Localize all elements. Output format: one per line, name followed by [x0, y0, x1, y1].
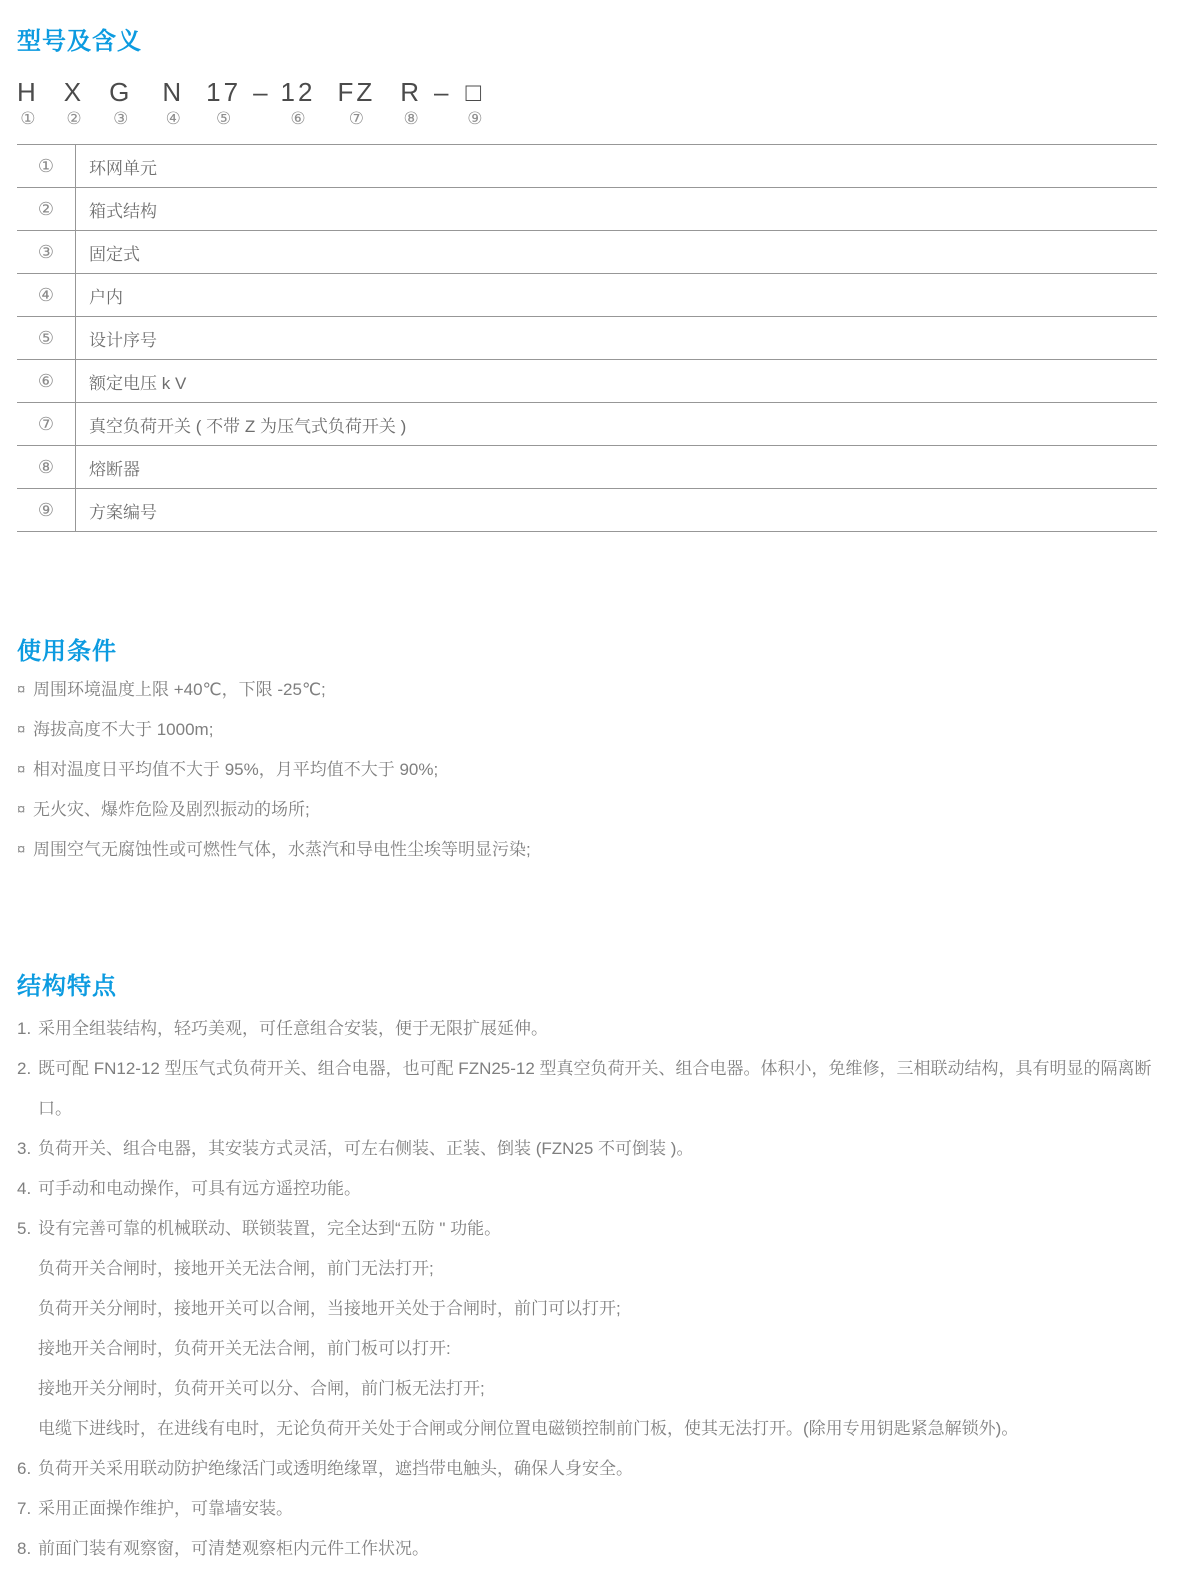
section-model-meaning: 型号及含义 H ① X ② G ③ N ④ 17 ⑤ –	[17, 28, 1157, 532]
table-row: ① 环网单元	[17, 145, 1157, 188]
model-part: H ①	[17, 78, 39, 130]
model-index: ⑧	[403, 108, 418, 130]
list-item: 1. 采用全组装结构，轻巧美观，可任意组合安装，便于无限扩展延伸。	[17, 1009, 1157, 1049]
model-index: ④	[166, 108, 181, 130]
bullet-marker: ¤	[17, 710, 33, 750]
model-part-dash: –	[434, 78, 451, 130]
row-number: ④	[17, 274, 76, 316]
model-part: G ③	[109, 78, 132, 130]
row-number: ⑦	[17, 403, 76, 445]
section-title-conditions: 使用条件	[17, 638, 1157, 666]
item-number: 3.	[17, 1129, 38, 1169]
list-item: 5. 设有完善可靠的机械联动、联锁装置，完全达到“五防 " 功能。	[17, 1209, 1157, 1249]
sub-item-text: 接地开关分闸时，负荷开关可以分、合闸，前门板无法打开;	[38, 1369, 1157, 1409]
model-index: ⑦	[349, 108, 364, 130]
model-part: 17 ⑤	[206, 78, 241, 130]
model-symbol: R	[400, 78, 422, 106]
section-title-features: 结构特点	[17, 973, 1157, 1001]
list-item: 2. 既可配 FN12-12 型压气式负荷开关、组合电器，也可配 FZN25-1…	[17, 1049, 1157, 1129]
list-item: 8. 前面门装有观察窗，可清楚观察柜内元件工作状况。	[17, 1529, 1157, 1569]
item-number: 4.	[17, 1169, 38, 1209]
model-part: N ④	[162, 78, 184, 130]
model-designation: H ① X ② G ③ N ④ 17 ⑤ –	[17, 78, 1157, 130]
list-item: ¤ 周围环境温度上限 +40℃，下限 -25℃;	[17, 670, 1157, 710]
sub-item-text: 电缆下进线时，在进线有电时，无论负荷开关处于合闸或分闸位置电磁锁控制前门板，使其…	[38, 1409, 1157, 1449]
model-symbol: 17	[206, 78, 241, 106]
list-item: 7. 采用正面操作维护，可靠墙安装。	[17, 1489, 1157, 1529]
condition-text: 海拔高度不大于 1000m;	[33, 710, 213, 750]
item-number: 7.	[17, 1489, 38, 1529]
model-meaning-table: ① 环网单元 ② 箱式结构 ③ 固定式 ④ 户内 ⑤ 设计序号 ⑥ 额定电压 k…	[17, 144, 1157, 532]
model-part-dash: –	[253, 78, 270, 130]
item-text: 可手动和电动操作，可具有远方遥控功能。	[38, 1169, 1157, 1209]
features-list: 1. 采用全组装结构，轻巧美观，可任意组合安装，便于无限扩展延伸。 2. 既可配…	[17, 1009, 1157, 1569]
condition-text: 无火灾、爆炸危险及剧烈振动的场所;	[33, 790, 310, 830]
condition-text: 周围环境温度上限 +40℃，下限 -25℃;	[33, 670, 326, 710]
row-description: 额定电压 k V	[76, 360, 186, 402]
list-item: ¤ 无火灾、爆炸危险及剧烈振动的场所;	[17, 790, 1157, 830]
model-index: ③	[113, 108, 128, 130]
section-title-model: 型号及含义	[17, 28, 1157, 56]
row-number: ⑧	[17, 446, 76, 488]
model-symbol: N	[162, 78, 184, 106]
model-part-placeholder-box: □ ⑨	[465, 78, 484, 130]
item-text: 设有完善可靠的机械联动、联锁装置，完全达到“五防 " 功能。	[38, 1209, 1157, 1249]
item-text: 采用正面操作维护，可靠墙安装。	[38, 1489, 1157, 1529]
model-symbol: X	[64, 78, 84, 106]
condition-text: 相对温度日平均值不大于 95%，月平均值不大于 90%;	[33, 750, 438, 790]
row-description: 熔断器	[76, 446, 140, 488]
item-number: 2.	[17, 1049, 38, 1129]
model-index: ⑨	[467, 108, 482, 130]
model-symbol: H	[17, 78, 39, 106]
dash-symbol: –	[434, 78, 451, 106]
table-row: ⑤ 设计序号	[17, 317, 1157, 360]
item-text: 前面门装有观察窗，可清楚观察柜内元件工作状况。	[38, 1529, 1157, 1569]
placeholder-box-symbol: □	[465, 78, 484, 106]
item-text: 负荷开关采用联动防护绝缘活门或透明绝缘罩，遮挡带电触头，确保人身安全。	[38, 1449, 1157, 1489]
table-row: ⑧ 熔断器	[17, 446, 1157, 489]
table-row: ⑦ 真空负荷开关 ( 不带 Z 为压气式负荷开关 )	[17, 403, 1157, 446]
model-index: ⑥	[290, 108, 305, 130]
row-description: 设计序号	[76, 317, 157, 359]
row-number: ⑨	[17, 489, 76, 531]
item-text: 采用全组装结构，轻巧美观，可任意组合安装，便于无限扩展延伸。	[38, 1009, 1157, 1049]
catalog-page: 型号及含义 H ① X ② G ③ N ④ 17 ⑤ –	[0, 0, 1191, 1574]
item-text: 负荷开关、组合电器，其安装方式灵活，可左右侧装、正装、倒装 (FZN25 不可倒…	[38, 1129, 1157, 1169]
model-index: ①	[20, 108, 35, 130]
list-item: ¤ 相对温度日平均值不大于 95%，月平均值不大于 90%;	[17, 750, 1157, 790]
row-description: 真空负荷开关 ( 不带 Z 为压气式负荷开关 )	[76, 403, 406, 445]
list-item: 6. 负荷开关采用联动防护绝缘活门或透明绝缘罩，遮挡带电触头，确保人身安全。	[17, 1449, 1157, 1489]
list-item: ¤ 海拔高度不大于 1000m;	[17, 710, 1157, 750]
row-number: ①	[17, 145, 76, 187]
condition-text: 周围空气无腐蚀性或可燃性气体，水蒸汽和导电性尘埃等明显污染;	[33, 830, 531, 870]
bullet-marker: ¤	[17, 790, 33, 830]
sub-item-text: 负荷开关合闸时，接地开关无法合闸，前门无法打开;	[38, 1249, 1157, 1289]
row-description: 箱式结构	[76, 188, 157, 230]
dash-symbol: –	[253, 78, 270, 106]
sub-item-text: 接地开关合闸时，负荷开关无法合闸，前门板可以打开:	[38, 1329, 1157, 1369]
row-number: ②	[17, 188, 76, 230]
item-number: 1.	[17, 1009, 38, 1049]
bullet-marker: ¤	[17, 750, 33, 790]
section-usage-conditions: 使用条件 ¤ 周围环境温度上限 +40℃，下限 -25℃; ¤ 海拔高度不大于 …	[17, 638, 1157, 870]
item-text: 既可配 FN12-12 型压气式负荷开关、组合电器，也可配 FZN25-12 型…	[38, 1049, 1157, 1129]
model-part: R ⑧	[400, 78, 422, 130]
sub-list-item: 接地开关合闸时，负荷开关无法合闸，前门板可以打开:	[17, 1329, 1157, 1369]
sub-list-item: 负荷开关分闸时，接地开关可以合闸，当接地开关处于合闸时，前门可以打开;	[17, 1289, 1157, 1329]
list-item: 4. 可手动和电动操作，可具有远方遥控功能。	[17, 1169, 1157, 1209]
section-structural-features: 结构特点 1. 采用全组装结构，轻巧美观，可任意组合安装，便于无限扩展延伸。 2…	[17, 973, 1157, 1569]
row-description: 方案编号	[76, 489, 157, 531]
table-row: ② 箱式结构	[17, 188, 1157, 231]
sub-item-text: 负荷开关分闸时，接地开关可以合闸，当接地开关处于合闸时，前门可以打开;	[38, 1289, 1157, 1329]
item-number: 6.	[17, 1449, 38, 1489]
model-index: ②	[66, 108, 81, 130]
model-symbol: G	[109, 78, 132, 106]
model-part: 12 ⑥	[281, 78, 316, 130]
sub-list-item: 负荷开关合闸时，接地开关无法合闸，前门无法打开;	[17, 1249, 1157, 1289]
table-row: ⑨ 方案编号	[17, 489, 1157, 532]
bullet-marker: ¤	[17, 830, 33, 870]
row-number: ⑥	[17, 360, 76, 402]
model-symbol: FZ	[337, 78, 375, 106]
sub-list-item: 接地开关分闸时，负荷开关可以分、合闸，前门板无法打开;	[17, 1369, 1157, 1409]
sub-list-item: 电缆下进线时，在进线有电时，无论负荷开关处于合闸或分闸位置电磁锁控制前门板，使其…	[17, 1409, 1157, 1449]
item-number: 8.	[17, 1529, 38, 1569]
list-item: ¤ 周围空气无腐蚀性或可燃性气体，水蒸汽和导电性尘埃等明显污染;	[17, 830, 1157, 870]
table-row: ④ 户内	[17, 274, 1157, 317]
bullet-marker: ¤	[17, 670, 33, 710]
table-row: ⑥ 额定电压 k V	[17, 360, 1157, 403]
list-item: 3. 负荷开关、组合电器，其安装方式灵活，可左右侧装、正装、倒装 (FZN25 …	[17, 1129, 1157, 1169]
model-part: FZ ⑦	[337, 78, 375, 130]
item-number: 5.	[17, 1209, 38, 1249]
table-row: ③ 固定式	[17, 231, 1157, 274]
row-number: ③	[17, 231, 76, 273]
model-index: ⑤	[216, 108, 231, 130]
row-description: 环网单元	[76, 145, 157, 187]
conditions-list: ¤ 周围环境温度上限 +40℃，下限 -25℃; ¤ 海拔高度不大于 1000m…	[17, 670, 1157, 870]
row-description: 户内	[76, 274, 123, 316]
model-part: X ②	[64, 78, 84, 130]
model-symbol: 12	[281, 78, 316, 106]
row-number: ⑤	[17, 317, 76, 359]
row-description: 固定式	[76, 231, 140, 273]
